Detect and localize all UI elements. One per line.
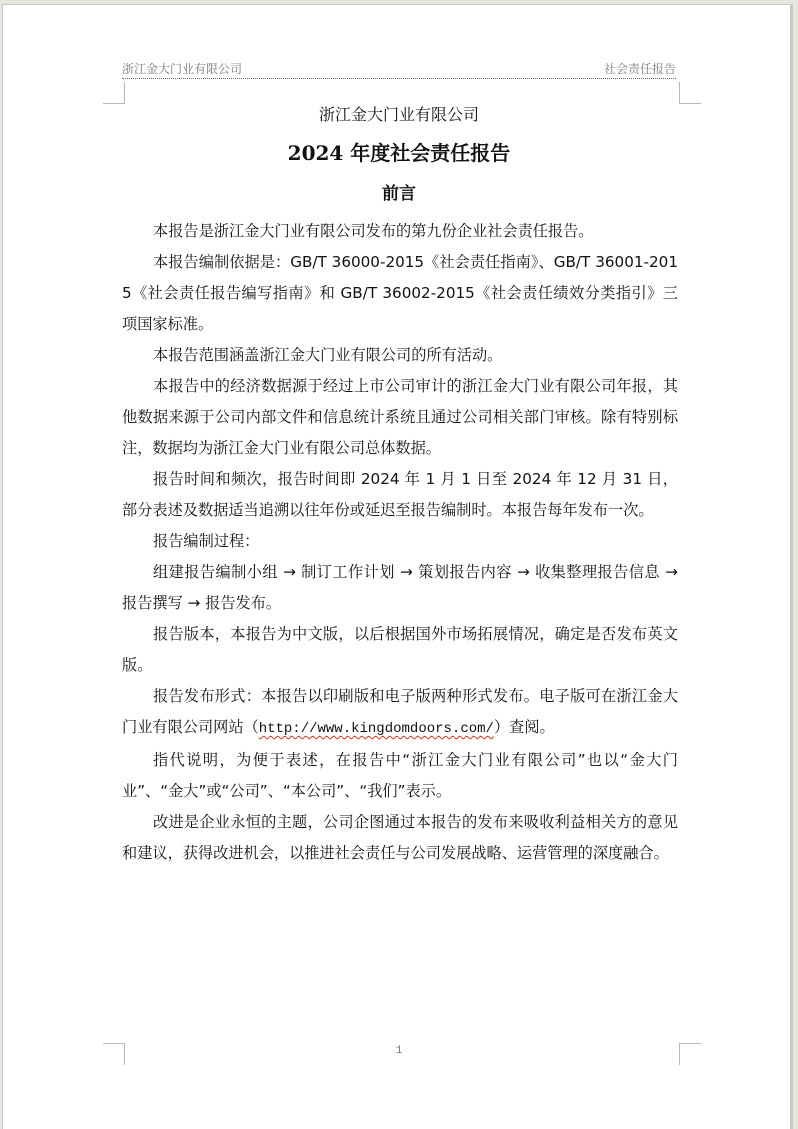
company-name: 浙江金大门业有限公司 — [122, 103, 676, 127]
paragraph: 报告编制过程： — [122, 526, 678, 557]
website-link[interactable]: http://www.kingdomdoors.com/ — [259, 721, 494, 737]
document-body: 本报告是浙江金大门业有限公司发布的第九份企业社会责任报告。 本报告编制依据是：G… — [122, 216, 678, 869]
margin-corner-top-right — [679, 82, 701, 104]
paragraph: 组建报告编制小组 → 制订工作计划 → 策划报告内容 → 收集整理报告信息 → … — [122, 557, 678, 619]
section-heading: 前言 — [122, 181, 676, 207]
paragraph: 报告时间和频次，报告时间即 2024 年 1 月 1 日至 2024 年 12 … — [122, 464, 678, 526]
paragraph: 本报告编制依据是：GB/T 36000-2015《社会责任指南》、GB/T 36… — [122, 247, 678, 340]
paragraph: 指代说明，为便于表述，在报告中“浙江金大门业有限公司”也以“金大门业”、“金大”… — [122, 745, 678, 807]
header-company: 浙江金大门业有限公司 — [122, 61, 242, 77]
page-number: 1 — [122, 1045, 676, 1057]
margin-corner-bottom-right — [679, 1043, 701, 1065]
page-header: 浙江金大门业有限公司 社会责任报告 — [122, 60, 676, 79]
paragraph: 报告版本，本报告为中文版，以后根据国外市场拓展情况，确定是否发布英文版。 — [122, 619, 678, 681]
paragraph: 本报告范围涵盖浙江金大门业有限公司的所有活动。 — [122, 340, 678, 371]
report-title: 2024 年度社会责任报告 — [122, 139, 676, 167]
publish-form-text-end: ）查阅。 — [494, 718, 555, 736]
header-report-name: 社会责任报告 — [604, 61, 676, 77]
paragraph: 本报告中的经济数据源于经过上市公司审计的浙江金大门业有限公司年报，其他数据来源于… — [122, 371, 678, 464]
paragraph: 改进是企业永恒的主题，公司企图通过本报告的发布来吸收利益相关方的意见和建议，获得… — [122, 807, 678, 869]
paragraph-publish-form: 报告发布形式：本报告以印刷版和电子版两种形式发布。电子版可在浙江金大门业有限公司… — [122, 681, 678, 745]
paragraph: 本报告是浙江金大门业有限公司发布的第九份企业社会责任报告。 — [122, 216, 678, 247]
margin-corner-top-left — [103, 82, 125, 104]
